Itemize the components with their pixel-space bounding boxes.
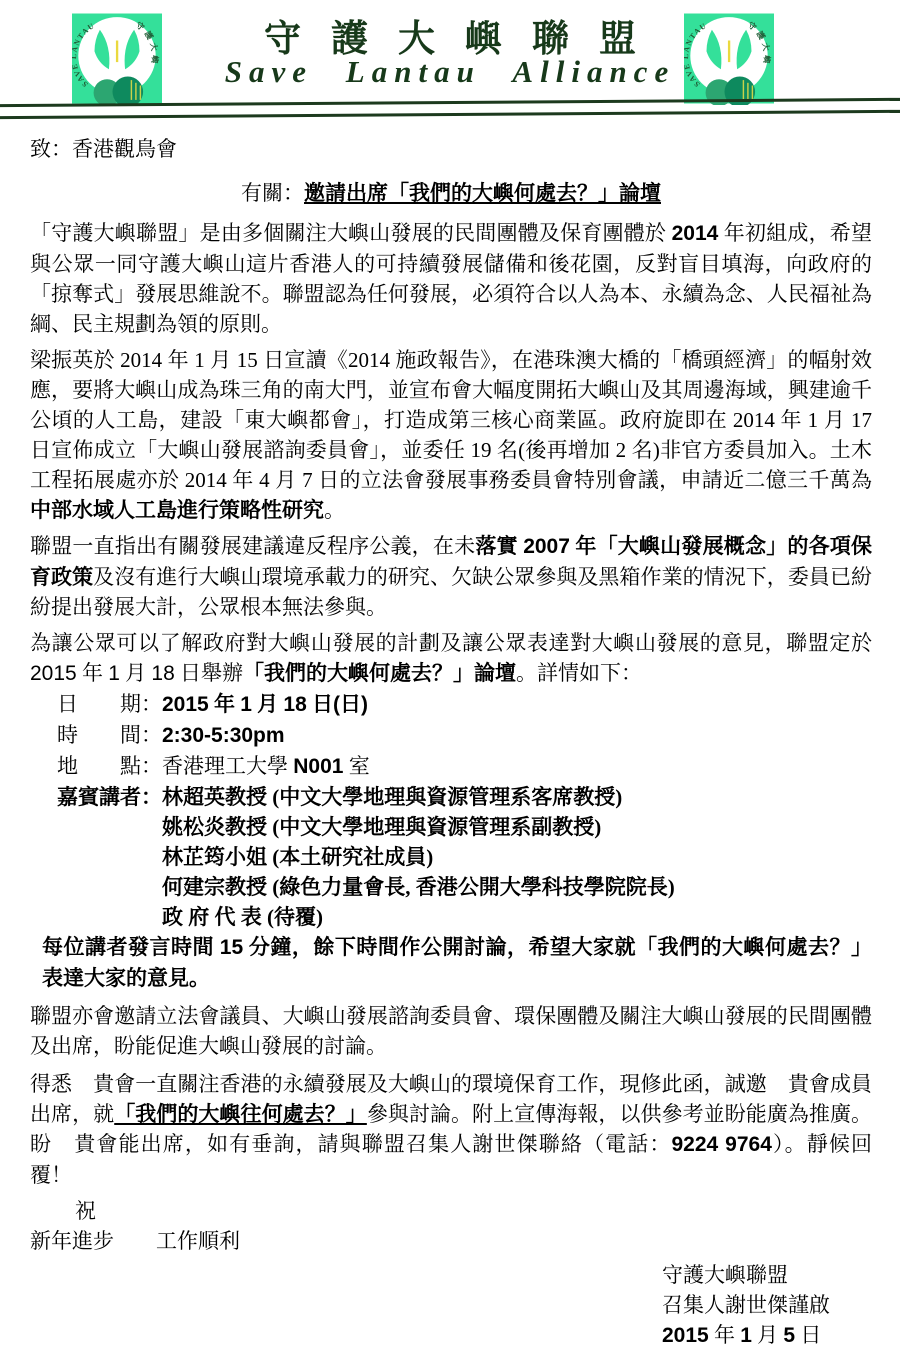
detail-row-venue: 地 點： 香港理工大學 N001 室 [57, 751, 872, 782]
speaker-item: 林芷筠小姐 (本土研究社成員) [162, 842, 872, 872]
bird-head [112, 19, 122, 37]
time-label: 時 間： [57, 720, 162, 751]
subject-title: 邀請出席「我們的大嶼何處去？」論壇 [304, 181, 661, 205]
speaking-time-note: 每位講者發言時間 15 分鐘，餘下時間作公開討論，希望大家就「我們的大嶼何處去？… [42, 932, 872, 993]
subject-prefix: 有關： [241, 181, 304, 205]
save-lantau-logo-left: SAVE LANTAU 守護大嶼 [72, 12, 162, 105]
bird-beak [116, 41, 118, 63]
recipient-line: 致：香港觀鳥會 [30, 134, 872, 164]
speaker-item: 何建宗教授 (綠色力量會長, 香港公開大學科技學院院長) [162, 872, 872, 902]
venue-label: 地 點： [57, 751, 162, 782]
paragraph-invitation: 得悉 貴會一直關注香港的永續發展及大嶼山的環境保育工作，現修此函，誠邀 貴會成員… [30, 1069, 872, 1190]
paragraph-forum-announcement: 為讓公眾可以了解政府對大嶼山發展的計劃及讓公眾表達對大嶼山發展的意見，聯盟定於 … [30, 628, 872, 689]
paragraph-intro: 「守護大嶼聯盟」是由多個關注大嶼山發展的民間團體及保育團體於 2014 年初組成… [30, 218, 872, 339]
bird-head [724, 19, 734, 37]
detail-row-speakers: 嘉賓講者： 林超英教授 (中文大學地理與資源管理系客席教授) 姚松炎教授 (中文… [57, 782, 872, 932]
closing-salute: 祝 [75, 1196, 872, 1226]
org-name-english: Save Lantau Alliance [225, 54, 675, 90]
signature-date: 2015 年 1 月 5 日 [662, 1320, 872, 1349]
venue-value: 香港理工大學 N001 室 [162, 751, 872, 782]
letterhead: SAVE LANTAU 守護大嶼 守護大嶼聯盟 Save Lantau Alli… [0, 0, 900, 120]
bird-beak [728, 41, 730, 63]
save-lantau-logo-right: SAVE LANTAU 守護大嶼 [684, 12, 774, 105]
speaker-item: 姚松炎教授 (中文大學地理與資源管理系副教授) [162, 812, 872, 842]
speakers-label: 嘉賓講者： [57, 782, 162, 932]
signature-signer: 召集人謝世傑謹啟 [662, 1290, 872, 1320]
detail-row-date: 日 期： 2015 年 1 月 18 日(日) [57, 689, 872, 720]
date-value: 2015 年 1 月 18 日(日) [162, 689, 872, 720]
paragraph-other-invitees: 聯盟亦會邀請立法會議員、大嶼山發展諮詢委員會、環保團體及關注大嶼山發展的民間團體… [30, 1001, 872, 1061]
paragraph-policy-address: 梁振英於 2014 年 1 月 15 日宣讀《2014 施政報告》，在港珠澳大橋… [30, 345, 872, 525]
subject-line: 有關：邀請出席「我們的大嶼何處去？」論壇 [30, 178, 872, 208]
letter-body: 致：香港觀鳥會 有關：邀請出席「我們的大嶼何處去？」論壇 「守護大嶼聯盟」是由多… [0, 134, 900, 1349]
detail-row-time: 時 間： 2:30-5:30pm [57, 720, 872, 751]
time-value: 2:30-5:30pm [162, 720, 872, 751]
closing-wishes: 新年進步 工作順利 [30, 1226, 872, 1256]
signature-org: 守護大嶼聯盟 [662, 1260, 872, 1290]
letter-page: SAVE LANTAU 守護大嶼 守護大嶼聯盟 Save Lantau Alli… [0, 0, 900, 1349]
speaker-item: 林超英教授 (中文大學地理與資源管理系客席教授) [162, 782, 872, 812]
speaker-item: 政 府 代 表 (待覆) [162, 902, 872, 932]
signature-block: 守護大嶼聯盟 召集人謝世傑謹啟 2015 年 1 月 5 日 [662, 1260, 872, 1349]
speaker-list: 林超英教授 (中文大學地理與資源管理系客席教授) 姚松炎教授 (中文大學地理與資… [162, 782, 872, 932]
paragraph-procedural-justice: 聯盟一直指出有關發展建議違反程序公義，在未落實 2007 年「大嶼山發展概念」的… [30, 531, 872, 622]
forum-details: 日 期： 2015 年 1 月 18 日(日) 時 間： 2:30-5:30pm… [57, 689, 872, 932]
date-label: 日 期： [57, 689, 162, 720]
